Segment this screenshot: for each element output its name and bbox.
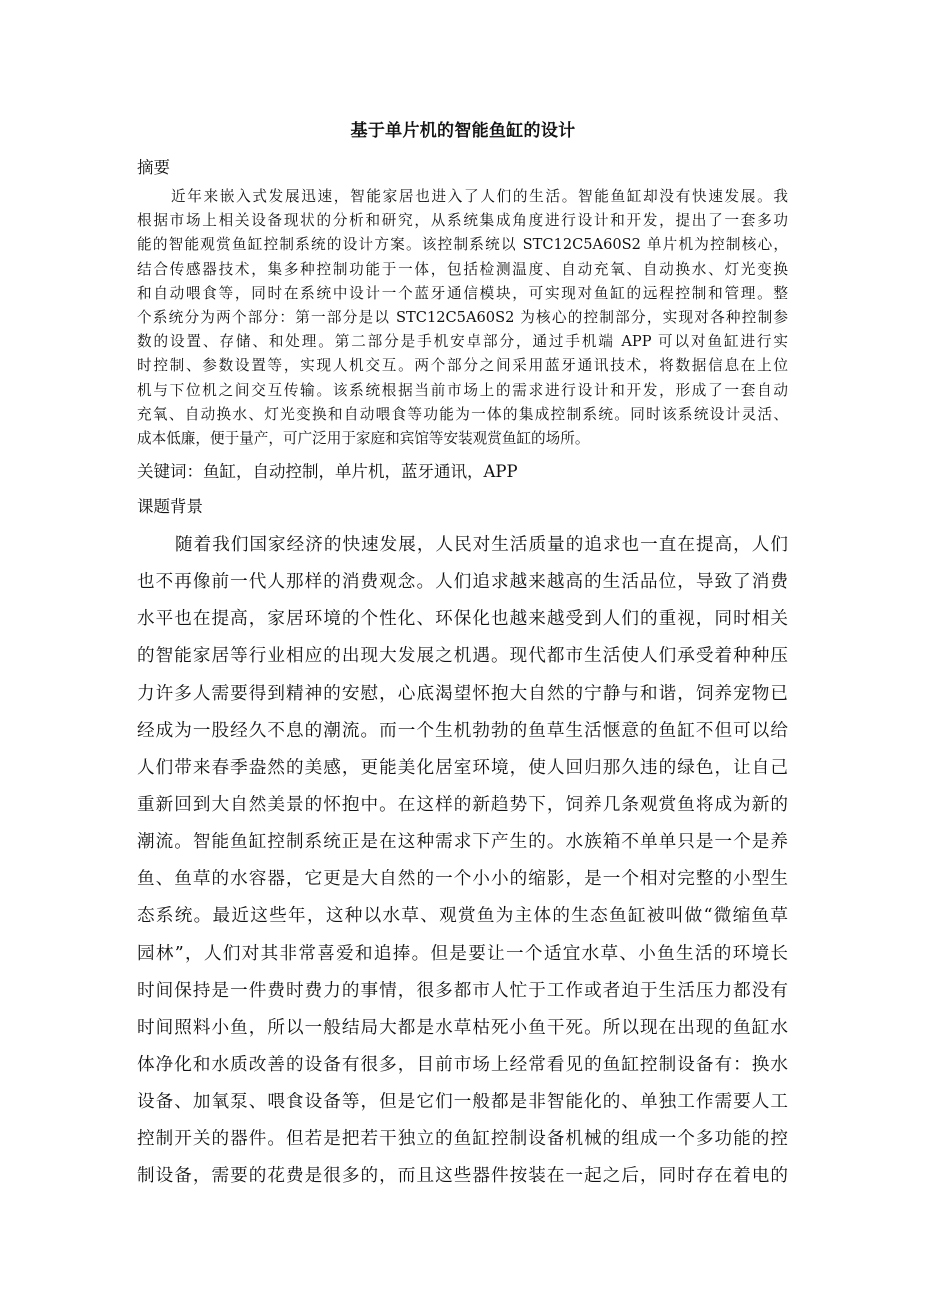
body-line: 时间照料小鱼，所以一般结局大都是水草枯死小鱼干死。所以现在出现的鱼缸水: [137, 1010, 788, 1047]
abstract-line: 数的设置、存储、和处理。第二部分是手机安卓部分，通过手机端 APP 可以对鱼缸进…: [137, 330, 788, 354]
body-line: 也不再像前一代人那样的消费观念。人们追求越来越高的生活品位，导致了消费: [137, 564, 788, 601]
body-line: 体净化和水质改善的设备有很多，目前市场上经常看见的鱼缸控制设备有：换水: [137, 1047, 788, 1084]
body-line: 鱼、鱼草的水容器，它更是大自然的一个小小的缩影，是一个相对完整的小型生: [137, 861, 788, 898]
abstract-line: 个系统分为两个部分：第一部分是以 STC12C5A60S2 为核心的控制部分，实…: [137, 306, 788, 330]
abstract-line: 根据市场上相关设备现状的分析和研究，从系统集成角度进行设计和开发，提出了一套多功: [137, 209, 788, 233]
body-line: 潮流。智能鱼缸控制系统正是在这种需求下产生的。水族箱不单单只是一个是养: [137, 824, 788, 861]
body-line: 的智能家居等行业相应的出现大发展之机遇。现代都市生活使人们承受着种种压: [137, 638, 788, 675]
abstract-line: 时控制、参数设置等，实现人机交互。两个部分之间采用蓝牙通讯技术，将数据信息在上位: [137, 354, 788, 378]
abstract-heading: 摘要: [137, 156, 170, 180]
body-line: 控制开关的器件。但若是把若干独立的鱼缸控制设备机械的组成一个多功能的控: [137, 1121, 788, 1158]
body-line: 园林”，人们对其非常喜爱和追捧。但是要让一个适宜水草、小鱼生活的环境长: [137, 936, 788, 973]
abstract-line: 和自动喂食等，同时在系统中设计一个蓝牙通信模块，可实现对鱼缸的远程控制和管理。整: [137, 282, 788, 306]
background-paragraph: 随着我们国家经济的快速发展，人民对生活质量的追求也一直在提高，人们 也不再像前一…: [137, 527, 788, 1196]
body-line: 经成为一股经久不息的潮流。而一个生机勃勃的鱼草生活惬意的鱼缸不但可以给: [137, 713, 788, 750]
body-line: 人们带来春季盎然的美感，更能美化居室环境，使人回归那久违的绿色，让自己: [137, 750, 788, 787]
document-title: 基于单片机的智能鱼缸的设计: [0, 119, 926, 143]
body-line: 时间保持是一件费时费力的事情，很多都市人忙于工作或者迫于生活压力都没有: [137, 973, 788, 1010]
abstract-line: 近年来嵌入式发展迅速，智能家居也进入了人们的生活。智能鱼缸却没有快速发展。我: [137, 185, 788, 209]
abstract-line: 机与下位机之间交互传输。该系统根据当前市场上的需求进行设计和开发，形成了一套自动: [137, 379, 788, 403]
background-heading: 课题背景: [137, 495, 203, 519]
body-line: 水平也在提高，家居环境的个性化、环保化也越来越受到人们的重视，同时相关: [137, 601, 788, 638]
abstract-line: 能的智能观赏鱼缸控制系统的设计方案。该控制系统以 STC12C5A60S2 单片…: [137, 233, 788, 257]
body-line: 态系统。最近这些年，这种以水草、观赏鱼为主体的生态鱼缸被叫做“微缩鱼草: [137, 898, 788, 935]
keywords: 关键词：鱼缸，自动控制，单片机，蓝牙通讯，APP: [137, 460, 518, 484]
document-page: 基于单片机的智能鱼缸的设计 摘要 近年来嵌入式发展迅速，智能家居也进入了人们的生…: [0, 0, 926, 1309]
body-line: 力许多人需要得到精神的安慰，心底渴望怀抱大自然的宁静与和谐，饲养宠物已: [137, 676, 788, 713]
body-line: 重新回到大自然美景的怀抱中。在这样的新趋势下，饲养几条观赏鱼将成为新的: [137, 787, 788, 824]
abstract-line: 结合传感器技术，集多种控制功能于一体，包括检测温度、自动充氧、自动换水、灯光变换: [137, 258, 788, 282]
body-line: 制设备，需要的花费是很多的，而且这些器件按装在一起之后，同时存在着电的: [137, 1158, 788, 1195]
abstract-line: 成本低廉，便于量产，可广泛用于家庭和宾馆等安装观赏鱼缸的场所。: [137, 427, 788, 451]
body-line: 随着我们国家经济的快速发展，人民对生活质量的追求也一直在提高，人们: [137, 527, 788, 564]
abstract-paragraph: 近年来嵌入式发展迅速，智能家居也进入了人们的生活。智能鱼缸却没有快速发展。我 根…: [137, 185, 788, 451]
abstract-line: 充氧、自动换水、灯光变换和自动喂食等功能为一体的集成控制系统。同时该系统设计灵活…: [137, 403, 788, 427]
body-line: 设备、加氧泵、喂食设备等，但是它们一般都是非智能化的、单独工作需要人工: [137, 1084, 788, 1121]
